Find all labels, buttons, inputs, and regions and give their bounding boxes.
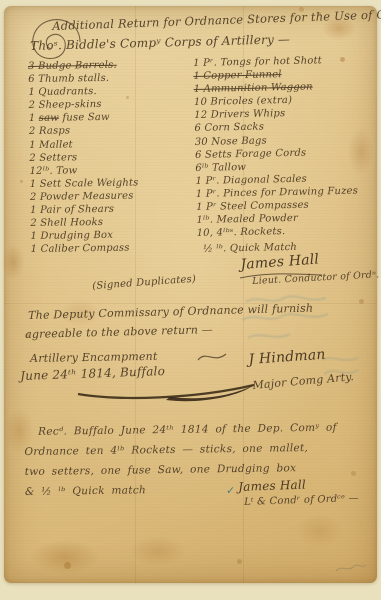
ink-bleedthrough bbox=[238, 292, 334, 350]
foxing-specks bbox=[0, 0, 3, 3]
ordnance-item: 2 Powder Measures bbox=[30, 189, 139, 204]
item-text: 1 bbox=[29, 113, 39, 124]
signature-james-hall-receipt: James Hall bbox=[238, 478, 306, 494]
order-place: Artillery Encampment bbox=[30, 350, 158, 365]
item-text: 2 Setters bbox=[29, 152, 77, 164]
item-text: 12 Drivers Whips bbox=[194, 108, 285, 121]
item-text: 1 Pair of Shears bbox=[30, 204, 114, 216]
item-text: 1 Sett Scale Weights bbox=[30, 177, 139, 190]
item-text: 1 Pʳ. Diagonal Scales bbox=[195, 173, 307, 186]
item-text: 2 Rasps bbox=[29, 126, 70, 138]
ordnance-item: 10, 4ˡᵇˢ. Rockets. bbox=[197, 224, 359, 240]
item-text: 1 Pʳ. Tongs for hot Shott bbox=[193, 55, 322, 69]
item-text: 1ˡᵇ. Mealed Powder bbox=[196, 213, 298, 226]
item-text: 10 Bricoles (extra) bbox=[194, 95, 292, 108]
checkmark-icon: ✓ bbox=[226, 484, 235, 497]
item-text: 6 Setts Forage Cords bbox=[195, 147, 307, 160]
pen-squiggle-icon bbox=[196, 348, 228, 366]
item-text: fuse Saw bbox=[59, 112, 110, 124]
item-text: 1 Copper Funnel bbox=[193, 69, 281, 82]
ordnance-list-right: 1 Pʳ. Tongs for hot Shott1 Copper Funnel… bbox=[193, 54, 359, 257]
item-text: 3 Budge Barrels. bbox=[28, 60, 117, 72]
pencil-mark bbox=[334, 560, 368, 576]
item-text: 1 Pʳ. Pinces for Drawing Fuzes bbox=[196, 186, 358, 200]
item-text: 2 Powder Measures bbox=[30, 190, 134, 202]
scanned-manuscript: { "colors": { "ink": "#55432a", "paper":… bbox=[0, 0, 381, 600]
item-text: 1 Caliber Compass bbox=[31, 243, 130, 255]
item-text: 10, 4ˡᵇˢ. Rockets. bbox=[197, 226, 286, 239]
receipt-paragraph: Recᵈ. Buffalo June 24ᵗʰ 1814 of the Dep.… bbox=[24, 417, 359, 502]
item-text: saw bbox=[39, 113, 59, 124]
heavy-underline-flourish bbox=[74, 380, 260, 402]
item-text: 12ˡᵇ. Tow bbox=[29, 165, 77, 177]
item-text: 1 Mallet bbox=[29, 139, 73, 151]
item-text: 1 Drudging Box bbox=[30, 230, 113, 242]
item-text: 1 Ammunition Waggon bbox=[194, 82, 313, 95]
item-text: 6 Thumb stalls. bbox=[28, 73, 109, 85]
ordnance-list-left: 3 Budge Barrels.6 Thumb stalls.1 Quadran… bbox=[28, 58, 140, 256]
item-text: 6 Corn Sacks bbox=[194, 122, 264, 134]
item-text: 1 Quadrants. bbox=[28, 86, 97, 98]
item-text: 2 Shell Hooks bbox=[30, 217, 103, 229]
item-text: 1 Pʳ Steel Compasses bbox=[196, 200, 309, 213]
item-text: 6ˡᵇ Tallow bbox=[195, 162, 246, 174]
item-text: 30 Nose Bags bbox=[195, 135, 267, 148]
ordnance-item: 1 Caliber Compass bbox=[31, 242, 140, 257]
item-text: 2 Sheep-skins bbox=[29, 99, 102, 111]
